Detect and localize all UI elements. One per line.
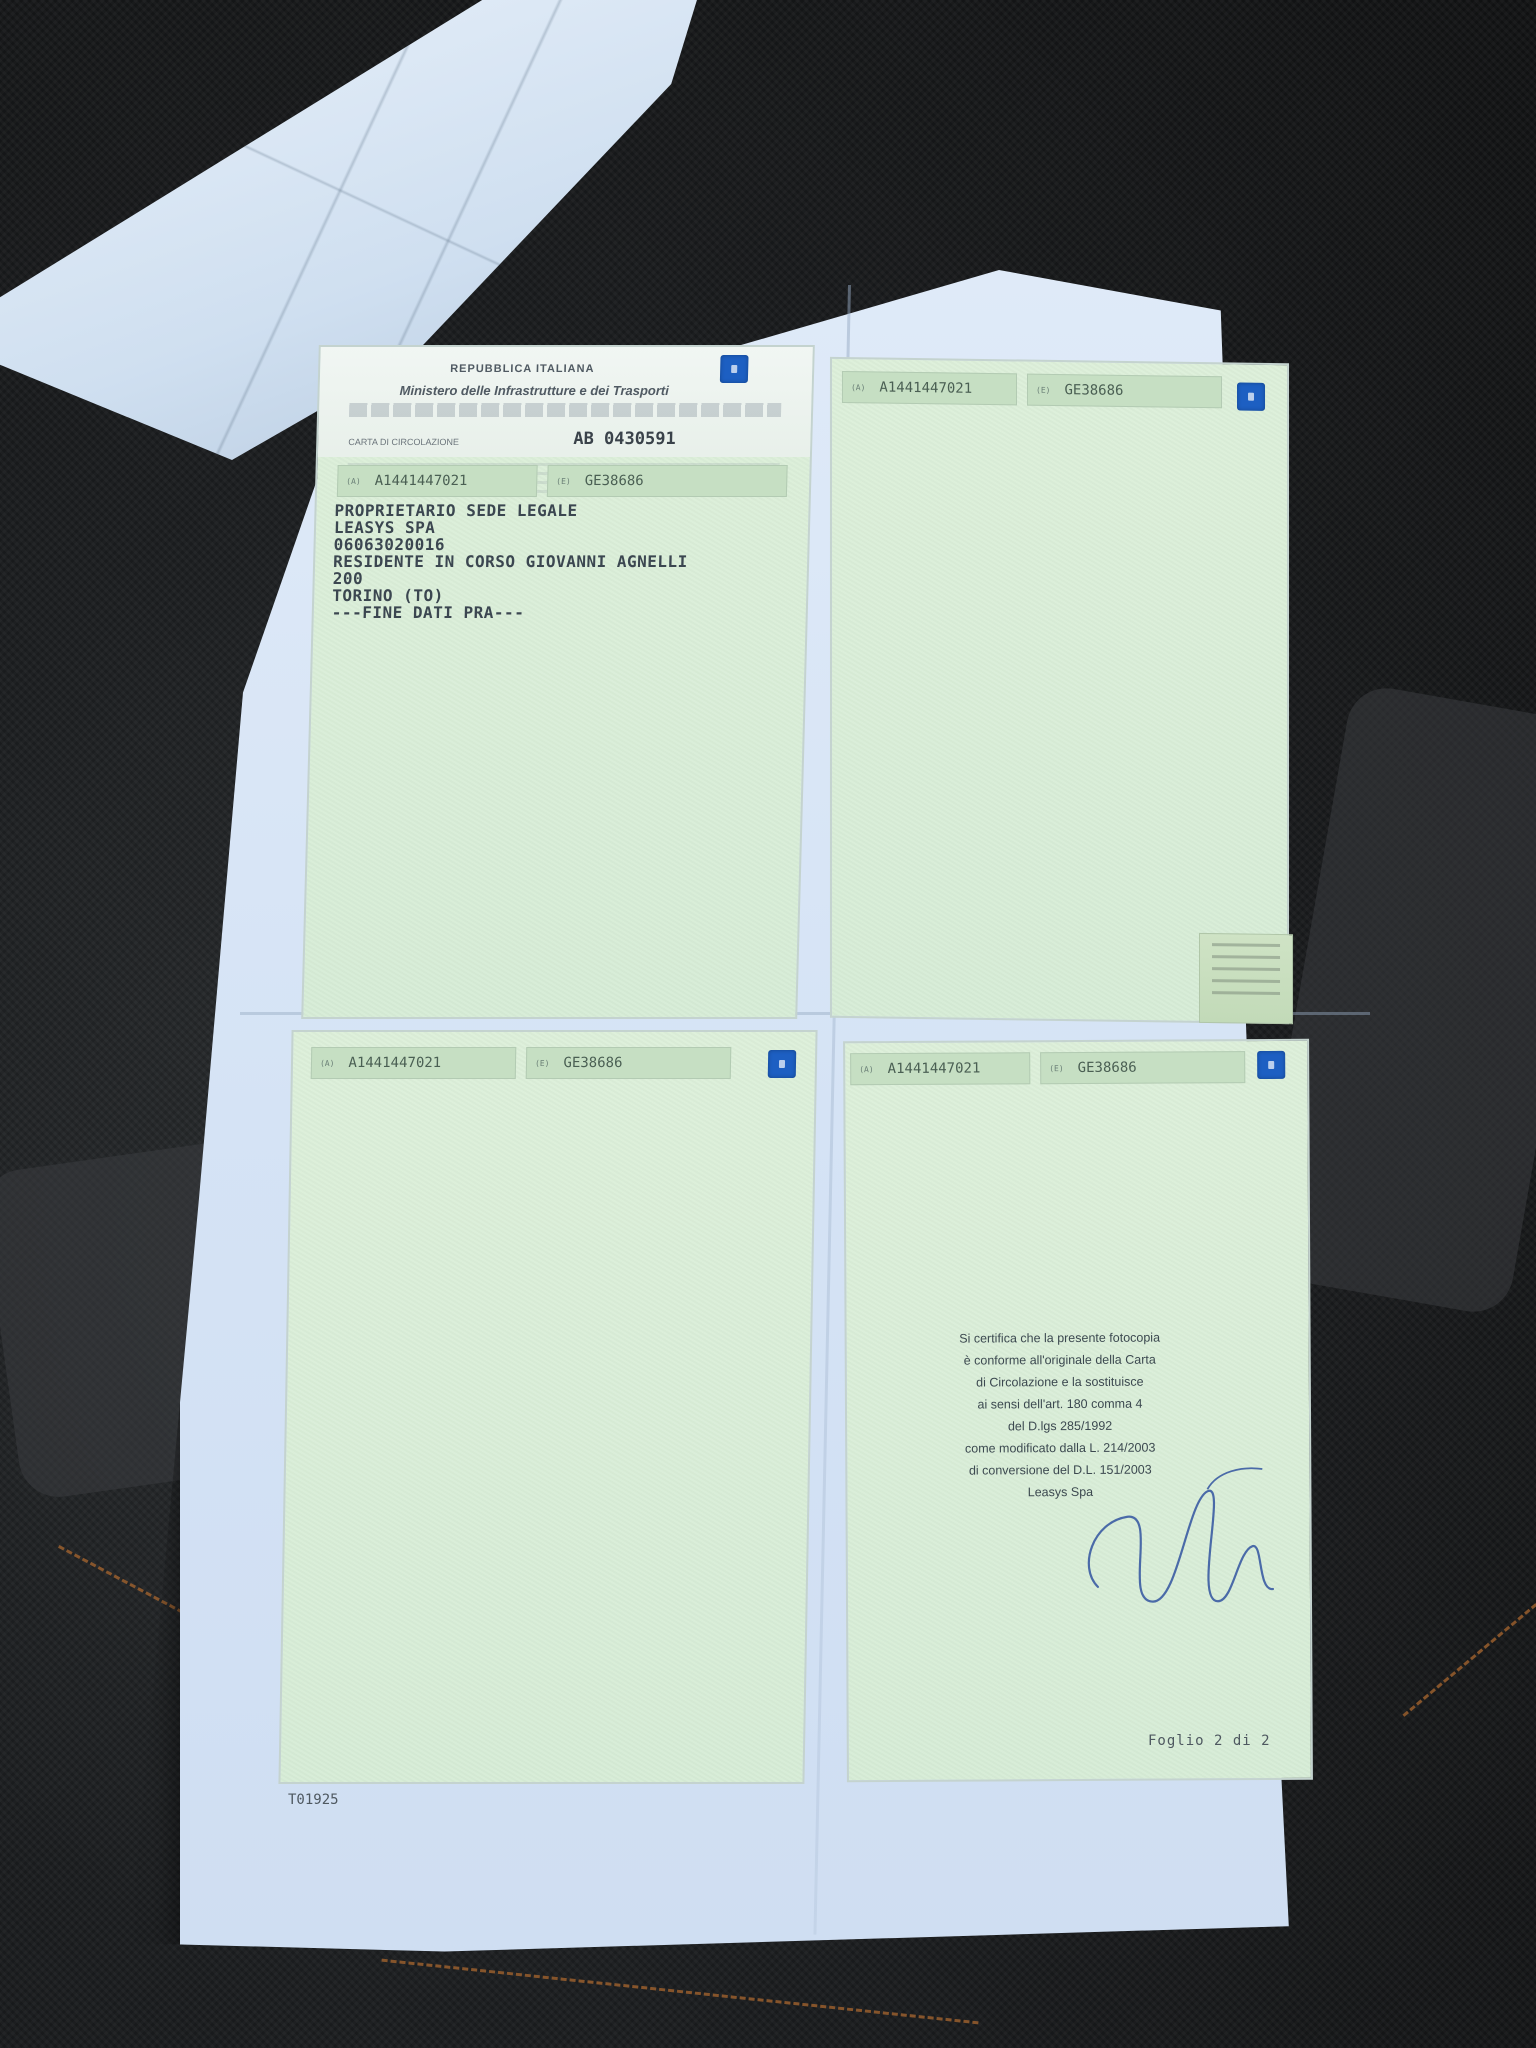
plate-field: (E) GE38686 [1040,1051,1245,1084]
plate-field: (E) GE38686 [1027,374,1222,409]
plate-field: (E) GE38686 [526,1047,732,1079]
doc-number: AB 0430591 [573,429,676,449]
page-indicator: Foglio 2 di 2 [1148,1733,1271,1749]
stamp-box [1199,933,1293,1024]
hologram-badge-icon [768,1050,796,1078]
vin-field: (A) A1441447021 [311,1047,517,1079]
panel-bottom-right: (A) A1441447021 (E) GE38686 Si certifica… [843,1039,1313,1782]
hologram-badge-icon [720,355,749,383]
owner-line: 200 [332,570,687,587]
doc-number-label: CARTA DI CIRCOLAZIONE [348,437,459,447]
vin-field: (A) A1441447021 [842,371,1017,405]
field-row: (A) A1441447021 (E) GE38686 [850,1051,1245,1085]
panel-bottom-left: (A) A1441447021 (E) GE38686 [278,1030,817,1784]
owner-line: TORINO (TO) [332,587,687,604]
plate-field: (E) GE38686 [547,465,788,497]
owner-line: ---FINE DATI PRA--- [332,604,687,621]
signature-icon [1067,1461,1298,1622]
vin-field: (A) A1441447021 [850,1052,1030,1085]
owner-line: LEASYS SPA [334,519,689,536]
field-row: (A) A1441447021 (E) GE38686 [311,1047,732,1079]
field-row: (A) A1441447021 (E) GE38686 [337,465,788,497]
vin-value: A1441447021 [375,473,468,489]
header-ministry: Ministero delle Infrastrutture e dei Tra… [399,383,669,398]
header-fine-print [349,403,781,417]
hologram-badge-icon [1257,1051,1285,1079]
owner-line: PROPRIETARIO SEDE LEGALE [334,502,689,519]
vin-field: (A) A1441447021 [337,465,538,497]
owner-data-block: PROPRIETARIO SEDE LEGALELEASYS SPA060630… [332,502,690,621]
panel-top-right: (A) A1441447021 (E) GE38686 [830,357,1289,1024]
header-republic: REPUBBLICA ITALIANA [450,363,595,375]
plate-value: GE38686 [585,473,644,489]
field-row: (A) A1441447021 (E) GE38686 [842,371,1222,408]
owner-line: 06063020016 [333,536,688,553]
panel-top-left: REPUBBLICA ITALIANA Ministero delle Infr… [301,345,815,1019]
owner-line: RESIDENTE IN CORSO GIOVANNI AGNELLI [333,553,688,570]
hologram-badge-icon [1237,383,1265,411]
form-code: T01925 [288,1792,339,1808]
